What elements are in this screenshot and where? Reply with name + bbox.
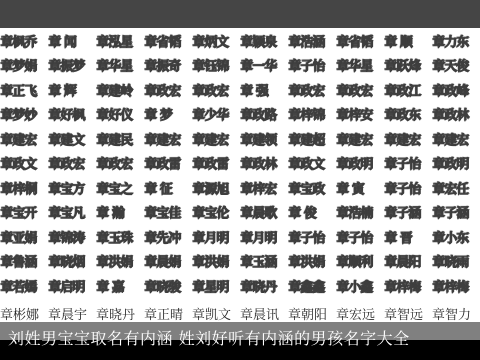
- name-row: 章鲁涵章晓烟章洪娟章晨娟章洪娟章玉涵章洪娟章顺利章晨阳章晓雨: [0, 249, 480, 274]
- name-cell: 章启明: [48, 276, 96, 295]
- name-cell: 章宝方: [48, 178, 96, 197]
- name-cell: 章梦妙: [0, 104, 48, 123]
- name-cell: 章宝开: [0, 202, 48, 221]
- name-cell: 章颖泉: [240, 31, 288, 50]
- name-grid: 章枫乔章 闻章泓星章省韬章炳文章颖泉章浩涵章省韬章 顺章力东章梦娟章振梦章华星章…: [0, 28, 480, 298]
- name-cell: 章政峰: [432, 80, 480, 99]
- name-cell: 章晓丹: [240, 276, 288, 295]
- name-cell: 章子怡: [384, 153, 432, 172]
- name-cell: 章梓锦: [288, 104, 336, 123]
- name-cell: 章梓桐: [0, 178, 48, 197]
- name-cell: 章 晋: [384, 227, 432, 246]
- name-cell: 章宏任: [432, 178, 480, 197]
- name-cell: 章政林: [432, 104, 480, 123]
- name-cell: 章建岭: [96, 80, 144, 99]
- name-cell: 章晨阳: [384, 251, 432, 270]
- name-cell: 章振梦: [48, 55, 96, 74]
- name-cell: 章政宏: [96, 153, 144, 172]
- name-cell: 章先冲: [144, 227, 192, 246]
- name-cell: 章子怡: [384, 178, 432, 197]
- name-cell: 章智远: [384, 304, 432, 323]
- name-cell: 章凯文: [192, 304, 240, 323]
- name-cell: 章梓宏: [240, 178, 288, 197]
- name-cell: 章政江: [384, 80, 432, 99]
- name-cell: 章省韬: [144, 31, 192, 50]
- name-cell: 章钰锦: [192, 55, 240, 74]
- name-grid-last-row: 章彬娜章晨宇章晓丹章正晴章凯文章晨讯章朝阳章宏远章智远章智力: [0, 302, 480, 324]
- name-cell: 章鲁涵: [0, 251, 48, 270]
- name-row: 章亚娟章锦涛章玉珠章先冲章月明章月明章子怡章子怡章 晋章小东: [0, 224, 480, 249]
- name-cell: 章政宏: [48, 153, 96, 172]
- name-cell: 章 闻: [48, 31, 96, 50]
- name-cell: 章小东: [432, 227, 480, 246]
- name-cell: 章若嫣: [0, 276, 48, 295]
- name-cell: 章少华: [192, 104, 240, 123]
- name-cell: 章玉涵: [240, 251, 288, 270]
- name-cell: 章 嘉: [96, 276, 144, 295]
- name-cell: 章跃烽: [384, 55, 432, 74]
- name-cell: 章月明: [240, 227, 288, 246]
- name-cell: 章政明: [432, 153, 480, 172]
- name-cell: 章晓骏: [144, 276, 192, 295]
- name-cell: 章建宏: [432, 129, 480, 148]
- name-cell: 章晨娟: [144, 251, 192, 270]
- name-row: 章政文章政宏章政宏章政雷章政雷章政林章政文章政明章子怡章政明: [0, 151, 480, 176]
- name-cell: 章晨歌: [240, 202, 288, 221]
- name-cell: 章泓星: [96, 31, 144, 50]
- name-cell: 章浩涵: [288, 31, 336, 50]
- name-cell: 章 辉: [48, 80, 96, 99]
- name-cell: 章建宏: [384, 129, 432, 148]
- name-cell: 章枫乔: [0, 31, 48, 50]
- name-cell: 章 俊: [288, 202, 336, 221]
- name-cell: 章子怡: [288, 227, 336, 246]
- name-cell: 章梓梅: [384, 276, 432, 295]
- name-cell: 章正飞: [0, 80, 48, 99]
- name-cell: 章建超: [288, 129, 336, 148]
- name-row: 章梦妙章好枫章好仪章 梦章少华章政路章梓锦章梓安章政东章政林: [0, 102, 480, 127]
- name-cell: 章星明: [192, 276, 240, 295]
- name-cell: 章政雷: [144, 153, 192, 172]
- name-row: 章枫乔章 闻章泓星章省韬章炳文章颖泉章浩涵章省韬章 顺章力东: [0, 28, 480, 53]
- name-cell: 章晓丹: [96, 304, 144, 323]
- name-cell: 章 瀚: [96, 202, 144, 221]
- name-cell: 章智力: [432, 304, 480, 323]
- name-cell: 章政宏: [192, 80, 240, 99]
- name-cell: 章宝之: [96, 178, 144, 197]
- name-cell: 章晓烟: [48, 251, 96, 270]
- name-cell: 章鑫鑫: [288, 276, 336, 295]
- name-cell: 章洪娟: [96, 251, 144, 270]
- name-cell: 章政宏: [336, 80, 384, 99]
- name-cell: 章好仪: [96, 104, 144, 123]
- name-cell: 章洪娟: [288, 251, 336, 270]
- name-row: 章梓桐章宝方章宝之章 征章源旭章梓宏章宝政章 寅章子怡章宏任: [0, 175, 480, 200]
- name-cell: 章玉珠: [96, 227, 144, 246]
- name-row: 章正飞章 辉章建岭章政宏章政宏章 强章政宏章政宏章政江章政峰: [0, 77, 480, 102]
- name-cell: 章子涵: [384, 202, 432, 221]
- name-cell: 章 梦: [144, 104, 192, 123]
- name-cell: 章彬娜: [0, 304, 48, 323]
- name-cell: 章子怡: [288, 55, 336, 74]
- name-cell: 章浩楠: [336, 202, 384, 221]
- name-cell: 章力东: [432, 31, 480, 50]
- name-cell: 章政宏: [144, 80, 192, 99]
- name-cell: 章政明: [336, 153, 384, 172]
- name-cell: 章建宏: [192, 129, 240, 148]
- name-cell: 章晓雨: [432, 251, 480, 270]
- name-cell: 章华星: [96, 55, 144, 74]
- name-cell: 章振奇: [144, 55, 192, 74]
- name-cell: 章梦娟: [0, 55, 48, 74]
- name-cell: 章宏远: [336, 304, 384, 323]
- name-cell: 章炳文: [192, 31, 240, 50]
- name-cell: 章宝伦: [192, 202, 240, 221]
- name-cell: 章政林: [240, 153, 288, 172]
- name-cell: 章政东: [384, 104, 432, 123]
- name-cell: 章顺利: [336, 251, 384, 270]
- name-cell: 章一华: [240, 55, 288, 74]
- name-row: 章建宏章建文章建民章建宏章建宏章建领章建超章建宏章建宏章建宏: [0, 126, 480, 151]
- name-cell: 章 强: [240, 80, 288, 99]
- name-cell: 章宝政: [288, 178, 336, 197]
- name-cell: 章华星: [336, 55, 384, 74]
- name-cell: 章朝阳: [288, 304, 336, 323]
- name-cell: 章政宏: [288, 80, 336, 99]
- name-cell: 章亚娟: [0, 227, 48, 246]
- name-cell: 章建宏: [336, 129, 384, 148]
- name-cell: 章好枫: [48, 104, 96, 123]
- name-cell: 章锦涛: [48, 227, 96, 246]
- name-cell: 章政文: [0, 153, 48, 172]
- name-cell: 章建宏: [144, 129, 192, 148]
- name-row: 章若嫣章启明章 嘉章晓骏章星明章晓丹章鑫鑫章小鑫章梓梅章梓梅: [0, 273, 480, 298]
- name-cell: 章洪娟: [192, 251, 240, 270]
- name-cell: 章 顺: [384, 31, 432, 50]
- name-cell: 章政路: [240, 104, 288, 123]
- name-cell: 章 征: [144, 178, 192, 197]
- name-cell: 章省韬: [336, 31, 384, 50]
- name-cell: 章 寅: [336, 178, 384, 197]
- name-cell: 章梓安: [336, 104, 384, 123]
- name-cell: 章子涵: [432, 202, 480, 221]
- name-cell: 章建领: [240, 129, 288, 148]
- name-cell: 章建宏: [0, 129, 48, 148]
- name-cell: 章政文: [288, 153, 336, 172]
- name-cell: 章晨讯: [240, 304, 288, 323]
- name-row: 章宝开章宝凡章 瀚章宝佳章宝伦章晨歌章 俊章浩楠章子涵章子涵: [0, 200, 480, 225]
- top-dark-band: [0, 0, 480, 28]
- name-cell: 章天俊: [432, 55, 480, 74]
- name-cell: 章政雷: [192, 153, 240, 172]
- name-row: 章梦娟章振梦章华星章振奇章钰锦章一华章子怡章华星章跃烽章天俊: [0, 53, 480, 78]
- name-cell: 章建民: [96, 129, 144, 148]
- name-cell: 章宝佳: [144, 202, 192, 221]
- name-cell: 章子怡: [336, 227, 384, 246]
- name-cell: 章宝凡: [48, 202, 96, 221]
- name-cell: 章梓梅: [432, 276, 480, 295]
- name-cell: 章源旭: [192, 178, 240, 197]
- name-cell: 章小鑫: [336, 276, 384, 295]
- name-cell: 章建文: [48, 129, 96, 148]
- name-cell: 章正晴: [144, 304, 192, 323]
- caption-title: 刘姓男宝宝取名有内涵 姓刘好听有内涵的男孩名字大全: [8, 326, 410, 349]
- name-cell: 章晨宇: [48, 304, 96, 323]
- name-cell: 章月明: [192, 227, 240, 246]
